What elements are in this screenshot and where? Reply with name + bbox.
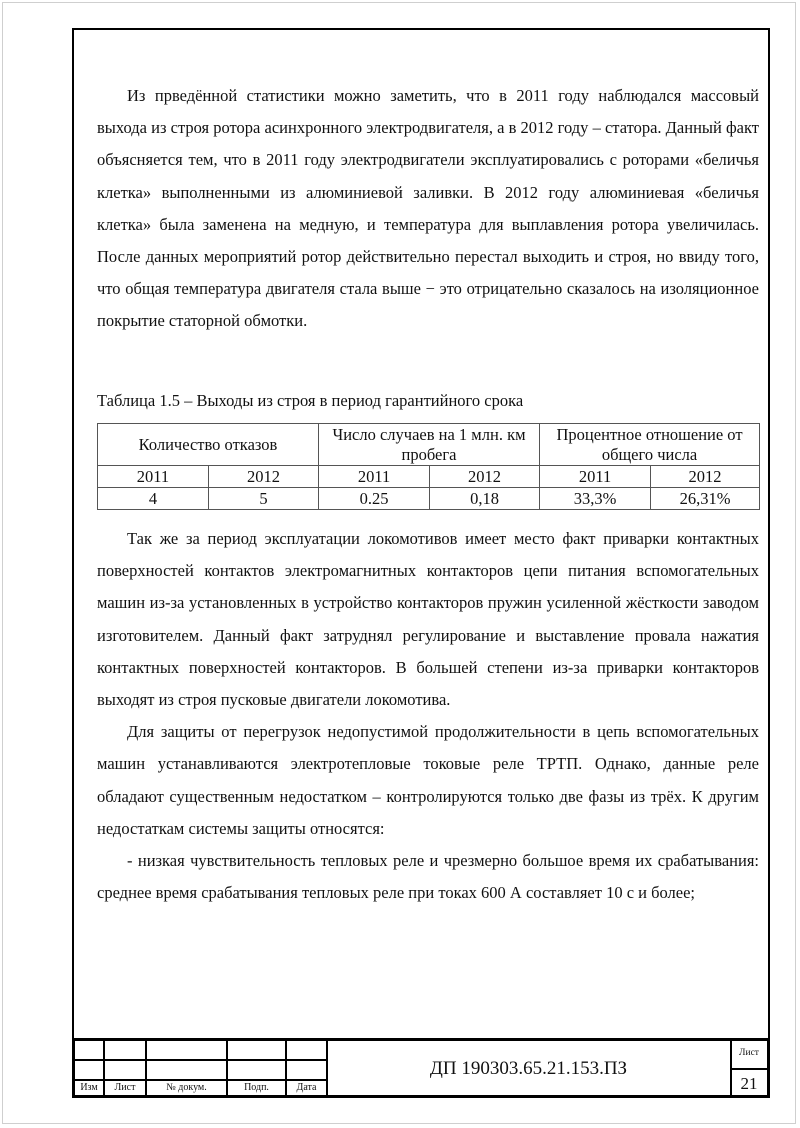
header-failures-count: Количество отказов <box>98 424 319 466</box>
body-text-bottom: Так же за период эксплуатации локомотиво… <box>97 523 759 909</box>
table-cell: 2011 <box>319 466 430 488</box>
table-cell: 4 <box>98 488 209 510</box>
table-cell: 2012 <box>430 466 540 488</box>
label-doc-num: № докум. <box>147 1081 226 1095</box>
paragraph: - низкая чувствительность тепловых реле … <box>97 845 759 909</box>
sheet-label: Лист <box>731 1047 767 1059</box>
paragraph: Так же за период эксплуатации локомотиво… <box>97 523 759 716</box>
table-year-row: 2011 2012 2011 2012 2011 2012 <box>98 466 760 488</box>
table-cell: 2011 <box>98 466 209 488</box>
table-cell: 0.25 <box>319 488 430 510</box>
label-date: Дата <box>287 1081 326 1095</box>
table-cell: 33,3% <box>540 488 651 510</box>
label-izm: Изм <box>75 1081 103 1095</box>
header-percentage: Процентное отношение от общего числа <box>540 424 760 466</box>
divider <box>75 1059 327 1061</box>
sheet-number: 21 <box>731 1072 767 1096</box>
divider <box>731 1068 767 1070</box>
table-cell: 5 <box>209 488 319 510</box>
paragraph: Для защиты от перегрузок недопустимой пр… <box>97 716 759 845</box>
table-cell: 2011 <box>540 466 651 488</box>
failures-table: Количество отказов Число случаев на 1 мл… <box>97 423 760 510</box>
label-sign: Подп. <box>228 1081 285 1095</box>
header-cases-per-million-km: Число случаев на 1 млн. км пробега <box>319 424 540 466</box>
table-cell: 26,31% <box>651 488 760 510</box>
title-block: Изм Лист № докум. Подп. Дата ДП 190303.6… <box>72 1038 770 1098</box>
body-text-top: Из прведённой статистики можно заметить,… <box>97 80 759 338</box>
table-cell: 0,18 <box>430 488 540 510</box>
table-cell: 2012 <box>651 466 760 488</box>
table-header-row: Количество отказов Число случаев на 1 мл… <box>98 424 760 466</box>
document-code: ДП 190303.65.21.153.ПЗ <box>328 1051 729 1087</box>
table-caption: Таблица 1.5 – Выходы из строя в период г… <box>97 389 523 413</box>
label-list: Лист <box>105 1081 145 1095</box>
table-row: 4 5 0.25 0,18 33,3% 26,31% <box>98 488 760 510</box>
table-cell: 2012 <box>209 466 319 488</box>
paragraph: Из прведённой статистики можно заметить,… <box>97 80 759 338</box>
